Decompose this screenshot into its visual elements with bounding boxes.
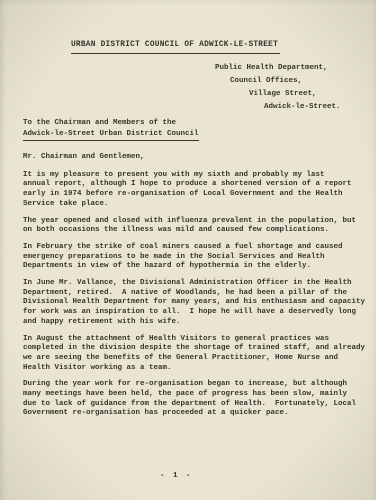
address-line-town: Adwick-le-Street. — [264, 101, 341, 114]
recipient-line: To the Chairman and Members of the — [23, 118, 199, 129]
recipient-block: To the Chairman and Members of the Adwic… — [23, 118, 199, 141]
paragraph-february-strike: In February the strike of coal miners ca… — [23, 243, 375, 272]
paragraph-influenza: The year opened and closed with influenz… — [23, 217, 375, 236]
paragraph-june-retirement: In June Mr. Vallance, the Divisional Adm… — [23, 279, 375, 328]
address-line-street: Village Street, — [249, 88, 341, 101]
recipient-council-line: Adwick-le-Street Urban District Council — [23, 129, 199, 142]
letter-body: Mr. Chairman and Gentlemen, It is my ple… — [23, 153, 375, 419]
address-line-department: Public Health Department, — [215, 62, 341, 75]
address-line-offices: Council Offices, — [230, 75, 341, 88]
page-number: - 1 - — [160, 472, 193, 480]
address-block: Public Health Department, Council Office… — [215, 62, 341, 114]
paragraph-intro: It is my pleasure to present you with my… — [23, 171, 375, 210]
paragraph-reorganisation: During the year work for re-organisation… — [23, 380, 375, 419]
salutation: Mr. Chairman and Gentlemen, — [23, 153, 375, 163]
page-title: URBAN DISTRICT COUNCIL OF ADWICK-LE-STRE… — [71, 41, 280, 54]
letterhead: URBAN DISTRICT COUNCIL OF ADWICK-LE-STRE… — [71, 33, 280, 54]
paragraph-august-health-visitors: In August the attachment of Health Visit… — [23, 335, 375, 374]
scanned-letter-page: URBAN DISTRICT COUNCIL OF ADWICK-LE-STRE… — [0, 0, 376, 500]
recipient-council-name: Adwick-le-Street Urban District Council — [23, 129, 199, 142]
